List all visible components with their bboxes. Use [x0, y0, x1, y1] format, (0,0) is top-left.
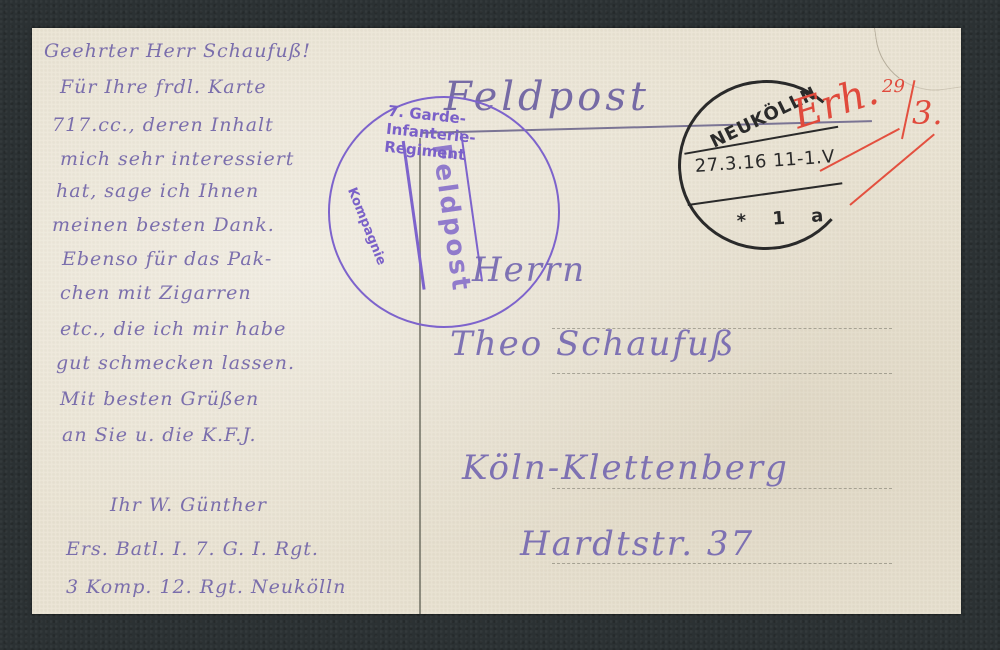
sender-unit-line: 3 Komp. 12. Rgt. Neukölln	[66, 576, 346, 598]
message-line: Ebenso für das Pak-	[62, 248, 272, 270]
address-line	[552, 488, 892, 489]
receipt-underline	[849, 134, 935, 206]
postcard: Geehrter Herr Schaufuß! Für Ihre frdl. K…	[32, 28, 961, 614]
signature: Ihr W. Günther	[110, 494, 267, 516]
message-line: Mit besten Grüßen	[60, 388, 259, 410]
message-line: gut schmecken lassen.	[56, 352, 295, 374]
address-line	[552, 373, 892, 374]
message-line: mich sehr interessiert	[60, 148, 294, 170]
postmark-bottom: * 1 a	[736, 204, 834, 232]
receipt-date-num: 29	[882, 76, 905, 97]
message-line: meinen besten Dank.	[52, 214, 275, 236]
recipient-city: Köln-Klettenberg	[462, 448, 789, 488]
sender-unit-line: Ers. Batl. I. 7. G. I. Rgt.	[66, 538, 319, 560]
message-line: 717.cc., deren Inhalt	[52, 114, 274, 136]
receipt-date-den: 3.	[912, 94, 943, 132]
unit-stamp: 7. Garde-Infanterie-Regiment Kompagnie F…	[313, 81, 575, 343]
recipient-salutation: Herrn	[472, 250, 586, 290]
message-line: chen mit Zigarren	[60, 282, 252, 304]
unit-stamp-left-text: Kompagnie	[344, 186, 389, 268]
message-line: an Sie u. die K.F.J.	[62, 424, 257, 446]
message-line: Geehrter Herr Schaufuß!	[44, 40, 311, 62]
message-line: Für Ihre frdl. Karte	[60, 76, 267, 98]
postmark-band	[688, 182, 843, 206]
message-line: hat, sage ich Ihnen	[56, 180, 259, 202]
recipient-name: Theo Schaufuß	[450, 324, 736, 364]
recipient-street: Hardtstr. 37	[520, 524, 754, 564]
message-line: etc., die ich mir habe	[60, 318, 286, 340]
unit-stamp-box-text: Feldpost	[416, 142, 474, 280]
